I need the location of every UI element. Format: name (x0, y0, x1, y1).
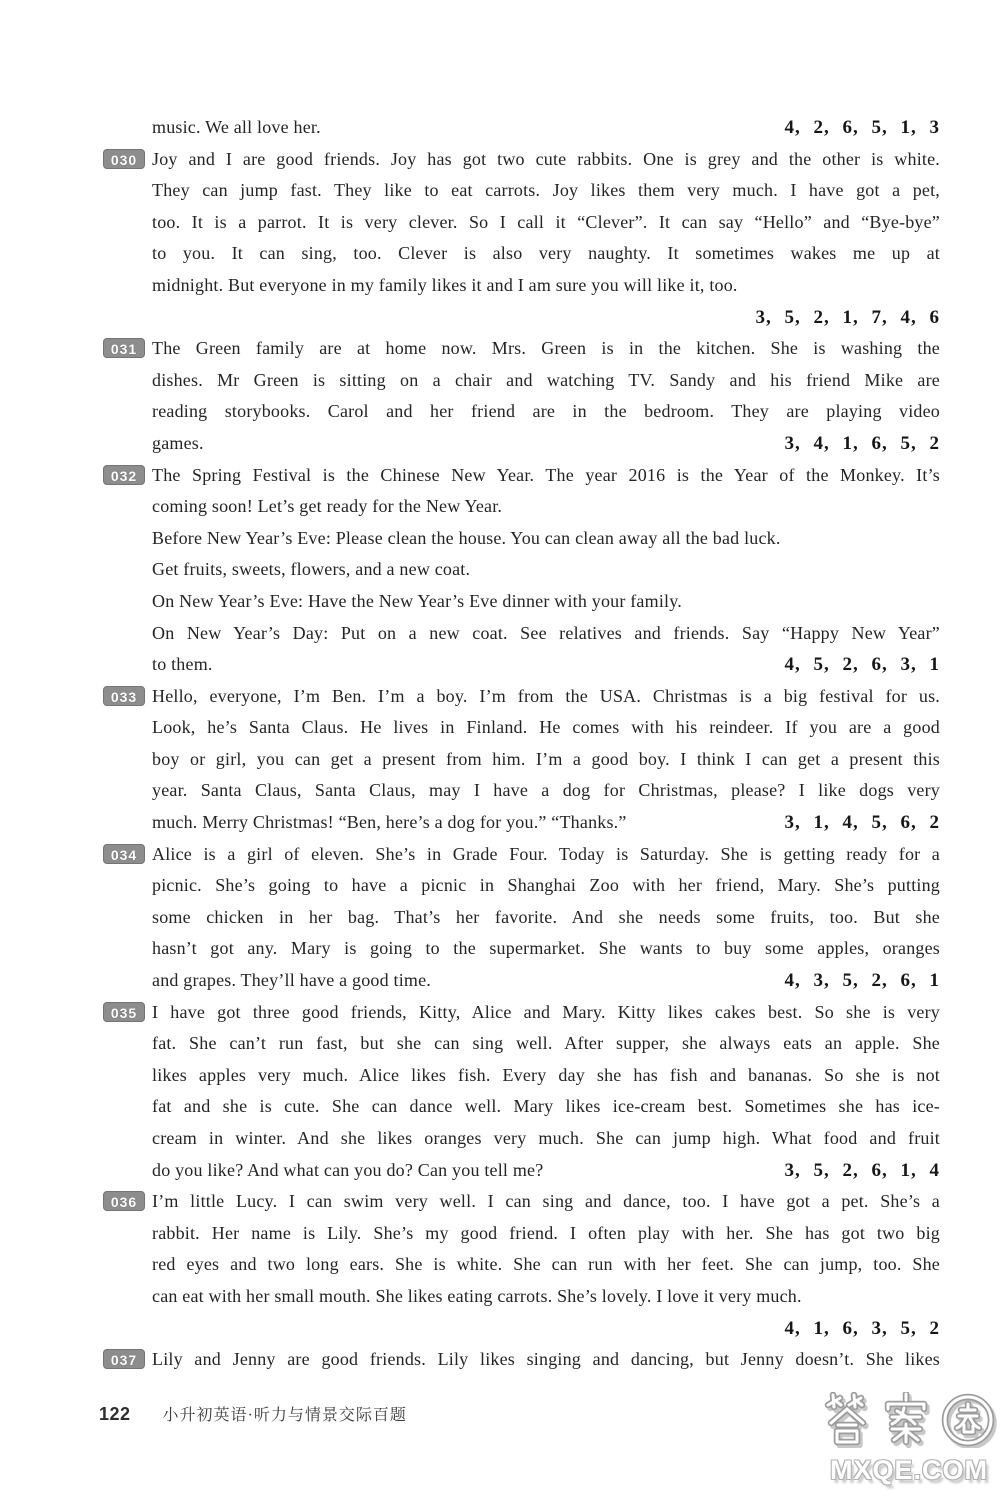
text-line: some chicken in her bag. That’s her favo… (152, 902, 940, 934)
text-line: likes apples very much. Alice likes fish… (152, 1060, 940, 1092)
text-line: rabbit. Her name is Lily. She’s my good … (152, 1218, 940, 1250)
text-line: fat. She can’t run fast, but she can sin… (152, 1028, 940, 1060)
text-line: Before New Year’s Eve: Please clean the … (152, 523, 940, 555)
text-line: reading storybooks. Carol and her friend… (152, 396, 940, 428)
section-number-badge: 035 (103, 1002, 145, 1022)
section-number-badge: 034 (103, 844, 145, 864)
transcript-section-032: 032 The Spring Festival is the Chinese N… (152, 460, 940, 681)
transcript-text-block: music. We all love her. 4, 2, 6, 5, 1, 3… (152, 112, 940, 1376)
section-number-badge: 031 (103, 338, 145, 358)
transcript-section-037: 037 Lily and Jenny are good friends. Lil… (152, 1344, 940, 1376)
text-line: Alice is a girl of eleven. She’s in Grad… (152, 839, 940, 871)
text-line: can eat with her small mouth. She likes … (152, 1281, 940, 1313)
text-line: The Spring Festival is the Chinese New Y… (152, 460, 940, 492)
transcript-section-034: 034 Alice is a girl of eleven. She’s in … (152, 839, 940, 997)
text-line: hasn’t got any. Mary is going to the sup… (152, 933, 940, 965)
watermark-site-text: MXQE.COM (818, 1455, 1000, 1486)
answer-sequence: 3, 5, 2, 6, 1, 4 (785, 1155, 941, 1187)
answer-line: 3, 5, 2, 1, 7, 4, 6 (152, 302, 940, 334)
line-text: to them. (152, 649, 213, 681)
text-line: to you. It can sing, too. Clever is also… (152, 238, 940, 270)
section-number-badge: 032 (103, 465, 145, 485)
book-title: 小升初英语·听力与情景交际百题 (163, 1402, 407, 1425)
text-line: red eyes and two long ears. She is white… (152, 1249, 940, 1281)
page-number: 122 (99, 1404, 131, 1425)
text-line: music. We all love her. 4, 2, 6, 5, 1, 3 (152, 112, 940, 144)
text-line: Hello, everyone, I’m Ben. I’m a boy. I’m… (152, 681, 940, 713)
transcript-section-029-tail: music. We all love her. 4, 2, 6, 5, 1, 3 (152, 112, 940, 144)
text-line: too. It is a parrot. It is very clever. … (152, 207, 940, 239)
line-text: music. We all love her. (152, 112, 321, 144)
answer-sequence: 4, 1, 6, 3, 5, 2 (785, 1318, 941, 1339)
section-number-badge: 036 (103, 1191, 145, 1211)
answer-sequence: 3, 4, 1, 6, 5, 2 (785, 428, 941, 460)
text-line: On New Year’s Day: Put on a new coat. Se… (152, 618, 940, 650)
daanquan-logo-icon (821, 1392, 997, 1448)
answer-line: 4, 1, 6, 3, 5, 2 (152, 1313, 940, 1345)
transcript-section-036: 036 I’m little Lucy. I can swim very wel… (152, 1186, 940, 1344)
text-line: I have got three good friends, Kitty, Al… (152, 997, 940, 1029)
text-line: boy or girl, you can get a present from … (152, 744, 940, 776)
answer-sequence: 4, 3, 5, 2, 6, 1 (785, 965, 941, 997)
watermark: 答案圈 MXQE.COM (818, 1392, 1000, 1486)
text-line: and grapes. They’ll have a good time. 4,… (152, 965, 940, 997)
text-line: I’m little Lucy. I can swim very well. I… (152, 1186, 940, 1218)
section-number-badge: 030 (103, 149, 145, 169)
text-line: fat and she is cute. She can dance well.… (152, 1091, 940, 1123)
text-line: On New Year’s Eve: Have the New Year’s E… (152, 586, 940, 618)
page-footer: 122 小升初英语·听力与情景交际百题 (99, 1402, 407, 1425)
text-line: Joy and I are good friends. Joy has got … (152, 144, 940, 176)
text-line: Get fruits, sweets, flowers, and a new c… (152, 554, 940, 586)
text-line: They can jump fast. They like to eat car… (152, 175, 940, 207)
answer-sequence: 3, 5, 2, 1, 7, 4, 6 (756, 307, 941, 328)
line-text: do you like? And what can you do? Can yo… (152, 1155, 543, 1187)
answer-sequence: 3, 1, 4, 5, 6, 2 (785, 807, 941, 839)
text-line: picnic. She’s going to have a picnic in … (152, 870, 940, 902)
text-line: Lily and Jenny are good friends. Lily li… (152, 1344, 940, 1376)
answer-sequence: 4, 2, 6, 5, 1, 3 (785, 112, 941, 144)
line-text: games. (152, 428, 204, 460)
scanned-textbook-page: music. We all love her. 4, 2, 6, 5, 1, 3… (0, 0, 1000, 1491)
text-line: much. Merry Christmas! “Ben, here’s a do… (152, 807, 940, 839)
text-line: cream in winter. And she likes oranges v… (152, 1123, 940, 1155)
text-line: coming soon! Let’s get ready for the New… (152, 491, 940, 523)
text-line: dishes. Mr Green is sitting on a chair a… (152, 365, 940, 397)
text-line: to them. 4, 5, 2, 6, 3, 1 (152, 649, 940, 681)
transcript-section-035: 035 I have got three good friends, Kitty… (152, 997, 940, 1187)
text-line: year. Santa Claus, Santa Claus, may I ha… (152, 775, 940, 807)
transcript-section-031: 031 The Green family are at home now. Mr… (152, 333, 940, 459)
section-number-badge: 033 (103, 686, 145, 706)
line-text: much. Merry Christmas! “Ben, here’s a do… (152, 807, 627, 839)
text-line: games. 3, 4, 1, 6, 5, 2 (152, 428, 940, 460)
text-line: midnight. But everyone in my family like… (152, 270, 940, 302)
text-line: do you like? And what can you do? Can yo… (152, 1155, 940, 1187)
section-number-badge: 037 (103, 1349, 145, 1369)
text-line: Look, he’s Santa Claus. He lives in Finl… (152, 712, 940, 744)
transcript-section-030: 030 Joy and I are good friends. Joy has … (152, 144, 940, 334)
transcript-section-033: 033 Hello, everyone, I’m Ben. I’m a boy.… (152, 681, 940, 839)
line-text: and grapes. They’ll have a good time. (152, 965, 431, 997)
text-line: The Green family are at home now. Mrs. G… (152, 333, 940, 365)
answer-sequence: 4, 5, 2, 6, 3, 1 (785, 649, 941, 681)
